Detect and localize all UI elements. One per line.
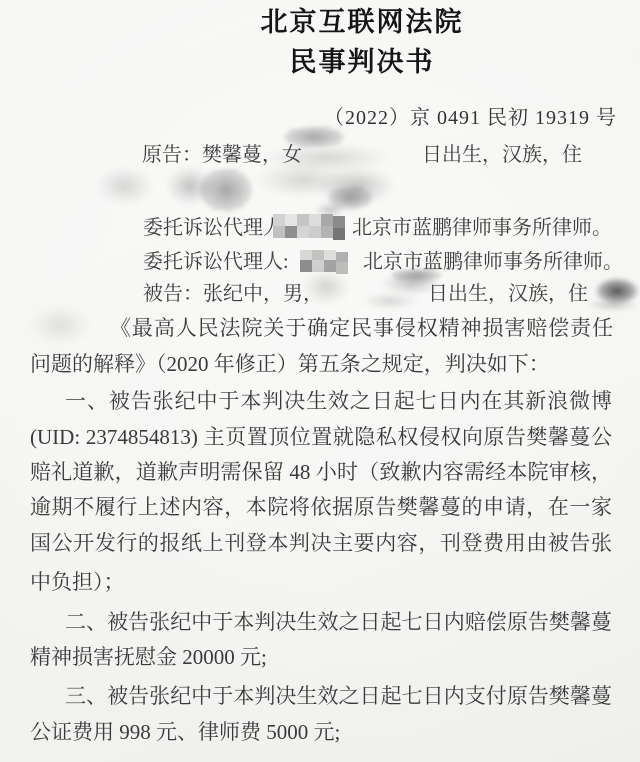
plaintiff-info-suffix: 日出生，汉族，住 <box>422 142 582 168</box>
body-line: 一、被告张纪中于本判决生效之日起七日内在其新浪微博 <box>65 388 612 415</box>
redaction-smudge <box>360 292 420 310</box>
body-line: 精神损害抚慰金 20000 元; <box>30 644 267 671</box>
redaction-smudge <box>300 268 352 306</box>
body-line: 中负担）； <box>30 569 125 596</box>
margin-smudge <box>28 304 92 346</box>
redaction-smudge <box>96 166 154 206</box>
document-type-title: 民事判决书 <box>84 46 640 78</box>
redaction-smudge <box>586 299 640 311</box>
body-line: 逾期不履行上述内容，本院将依据原告樊馨蔓的申请，在一家全 <box>30 494 612 521</box>
redaction-smudge <box>392 268 442 282</box>
body-line: 《最高人民法院关于确定民事侵权精神损害赔偿责任若干 <box>110 315 613 342</box>
case-number: （2022）京 0491 民初 19319 号 <box>200 101 617 130</box>
attorney2-label: 委托诉讼代理人: <box>143 249 289 275</box>
body-line: 二、被告张纪中于本判决生效之日起七日内赔偿原告樊馨蔓 <box>65 609 612 636</box>
body-line: 赔礼道歉，道歉声明需保留 48 小时（致歉内容需经本院审核，如 <box>30 459 612 486</box>
court-name: 北京互联网法院 <box>84 6 640 38</box>
body-line: 国公开发行的报纸上刊登本判决主要内容，刊登费用由被告张纪 <box>30 530 612 557</box>
redaction-smudge <box>200 168 252 212</box>
defendant-info-prefix: 被告：张纪中，男， <box>143 281 323 307</box>
body-line: 问题的解释》（2020 年修正）第五条之规定，判决如下： <box>30 351 550 378</box>
body-line: 三、被告张纪中于本判决生效之日起七日内支付原告樊馨蔓 <box>65 683 612 710</box>
attorney1-firm: 北京市蓝鹏律师事务所律师。 <box>352 215 612 241</box>
redaction-mosaic <box>273 214 347 240</box>
body-line: (UID: 2374854813) 主页置顶位置就隐私权侵权向原告樊馨蔓公开 <box>30 424 612 451</box>
defendant-info-suffix: 日出生，汉族，住 <box>428 281 588 307</box>
judgment-document-page: 北京互联网法院 民事判决书 （2022）京 0491 民初 19319 号 原告… <box>0 0 640 762</box>
attorney1-label: 委托诉讼代理人 <box>143 215 283 241</box>
redaction-mosaic <box>300 250 348 270</box>
body-line: 公证费用 998 元、律师费 5000 元; <box>30 719 340 746</box>
